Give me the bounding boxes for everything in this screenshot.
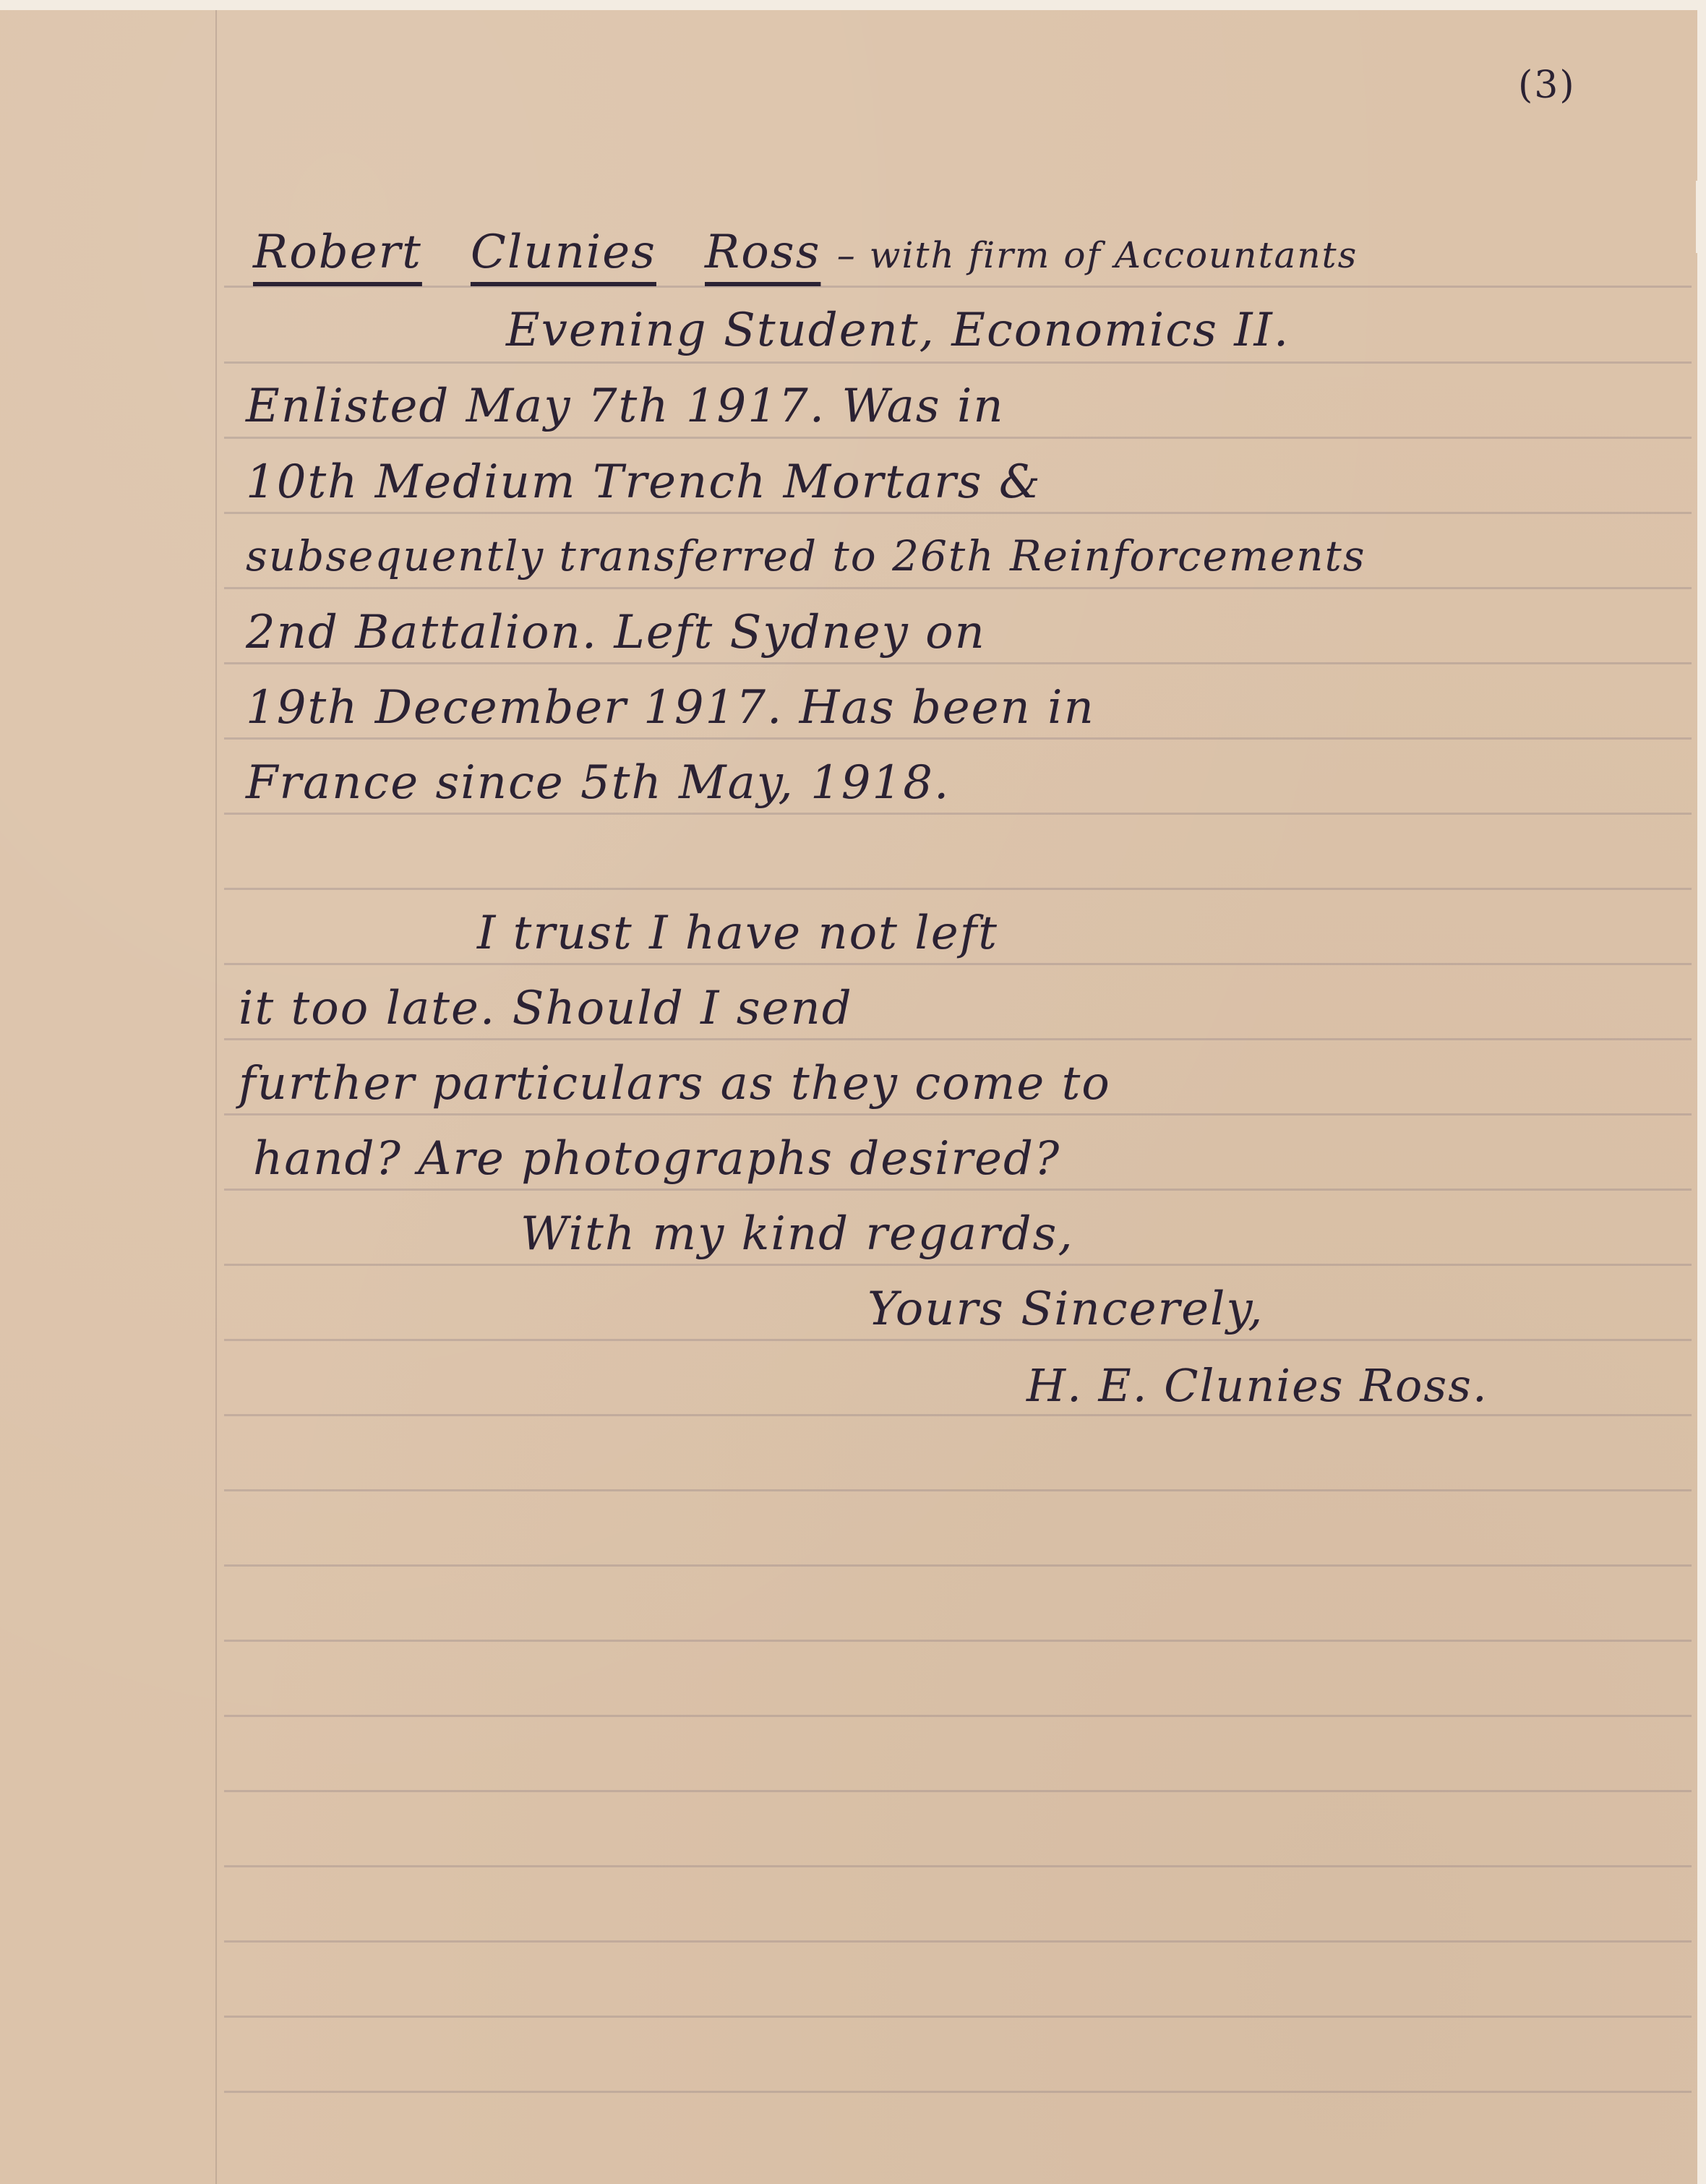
ruled-line [224, 437, 1692, 439]
sign-off: Yours Sincerely, [867, 1282, 1264, 1336]
ruled-line [224, 1715, 1692, 1717]
ruled-line [224, 1865, 1692, 1867]
ruled-line [224, 1940, 1692, 1943]
ruled-line [224, 1339, 1692, 1341]
page-number: (3) [1518, 64, 1576, 107]
closing-line: it too late. Should I send [239, 982, 853, 1035]
body-line: subsequently transferred to 26th Reinfor… [246, 531, 1366, 581]
ruled-line [224, 1414, 1692, 1416]
ruled-line [224, 1640, 1692, 1642]
ruled-line [224, 1564, 1692, 1567]
body-line: France since 5th May, 1918. [246, 756, 950, 810]
ruled-line [224, 1489, 1692, 1491]
ruled-line [224, 963, 1692, 965]
ruled-line [224, 587, 1692, 589]
middle-name: Clunies [471, 226, 656, 279]
ruled-line [224, 2016, 1692, 2018]
closing-line: hand? Are photographs desired? [253, 1132, 1060, 1186]
body-line: Evening Student, Economics II. [506, 304, 1290, 357]
body-line: Enlisted May 7th 1917. Was in [246, 380, 1005, 433]
ruled-line [224, 2091, 1692, 2093]
ruled-line [224, 662, 1692, 664]
ruled-line [224, 813, 1692, 815]
ruled-line [224, 737, 1692, 740]
signature: H. E. Clunies Ross. [1026, 1359, 1488, 1412]
ruled-line [224, 1038, 1692, 1040]
heading-rest: – with firm of Accountants [837, 234, 1358, 276]
ruled-line [224, 286, 1692, 288]
torn-edge [0, 0, 1706, 10]
last-name: Ross [705, 226, 820, 279]
body-line: 10th Medium Trench Mortars & [246, 455, 1042, 509]
ruled-line [224, 512, 1692, 514]
ruled-line [224, 1113, 1692, 1115]
first-name: Robert [253, 226, 422, 279]
margin-line [215, 7, 217, 2184]
torn-edge [1696, 181, 1706, 253]
ruled-line [224, 361, 1692, 364]
valediction: With my kind regards, [520, 1207, 1074, 1261]
closing-line: I trust I have not left [477, 907, 998, 960]
closing-line: further particulars as they come to [239, 1057, 1111, 1110]
ruled-line [224, 1790, 1692, 1792]
ruled-line [224, 1189, 1692, 1191]
body-line: 2nd Battalion. Left Sydney on [246, 606, 986, 659]
body-line: 19th December 1917. Has been in [246, 681, 1095, 735]
ruled-line [224, 1264, 1692, 1266]
ruled-line [224, 888, 1692, 890]
heading-line: Robert Clunies Ross – with firm of Accou… [253, 226, 1358, 279]
